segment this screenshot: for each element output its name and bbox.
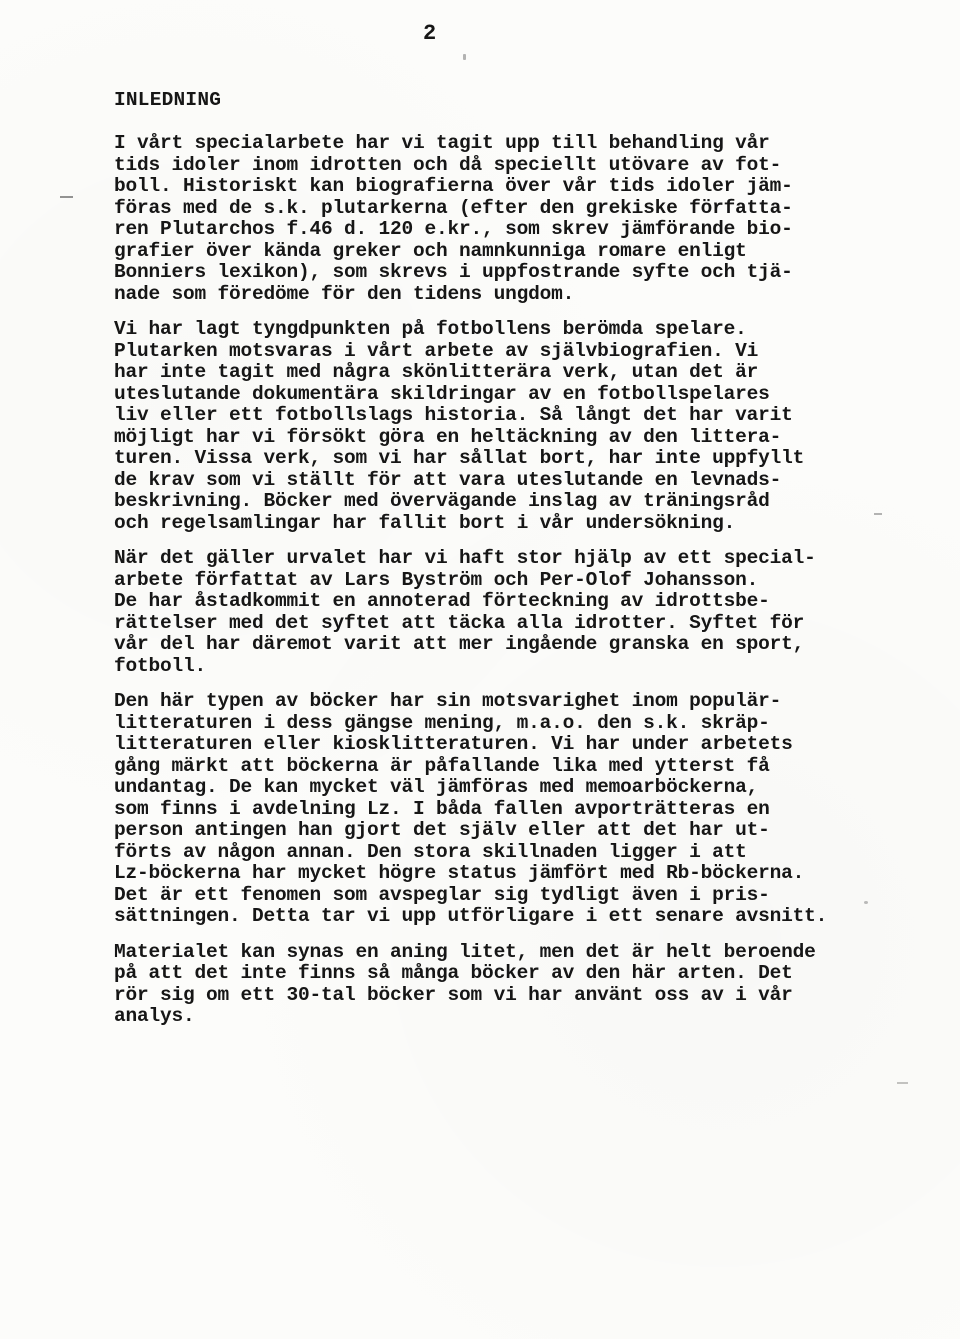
scan-artifact-dash	[897, 1082, 908, 1084]
document-heading: INLEDNING	[114, 90, 914, 112]
document-body: INLEDNING I vårt specialarbete har vi ta…	[114, 90, 914, 1042]
scan-artifact-speck	[864, 901, 868, 904]
paragraph-selection-help: När det gäller urvalet har vi haft stor …	[114, 548, 914, 677]
paragraph-genre-comparison: Den här typen av böcker har sin motsvari…	[114, 691, 914, 928]
page-number: 2	[423, 21, 436, 46]
scan-artifact-speck	[463, 54, 466, 60]
paragraph-focus-selection: Vi har lagt tyngdpunkten på fotbollens b…	[114, 319, 914, 534]
paragraph-introduction: I vårt specialarbete har vi tagit upp ti…	[114, 133, 914, 305]
scan-artifact-dash	[60, 196, 73, 198]
paragraph-material-size: Materialet kan synas en aning litet, men…	[114, 942, 914, 1028]
scanned-document-page: 2 INLEDNING I vårt specialarbete har vi …	[0, 0, 960, 1339]
scan-artifact-dash	[874, 513, 882, 515]
